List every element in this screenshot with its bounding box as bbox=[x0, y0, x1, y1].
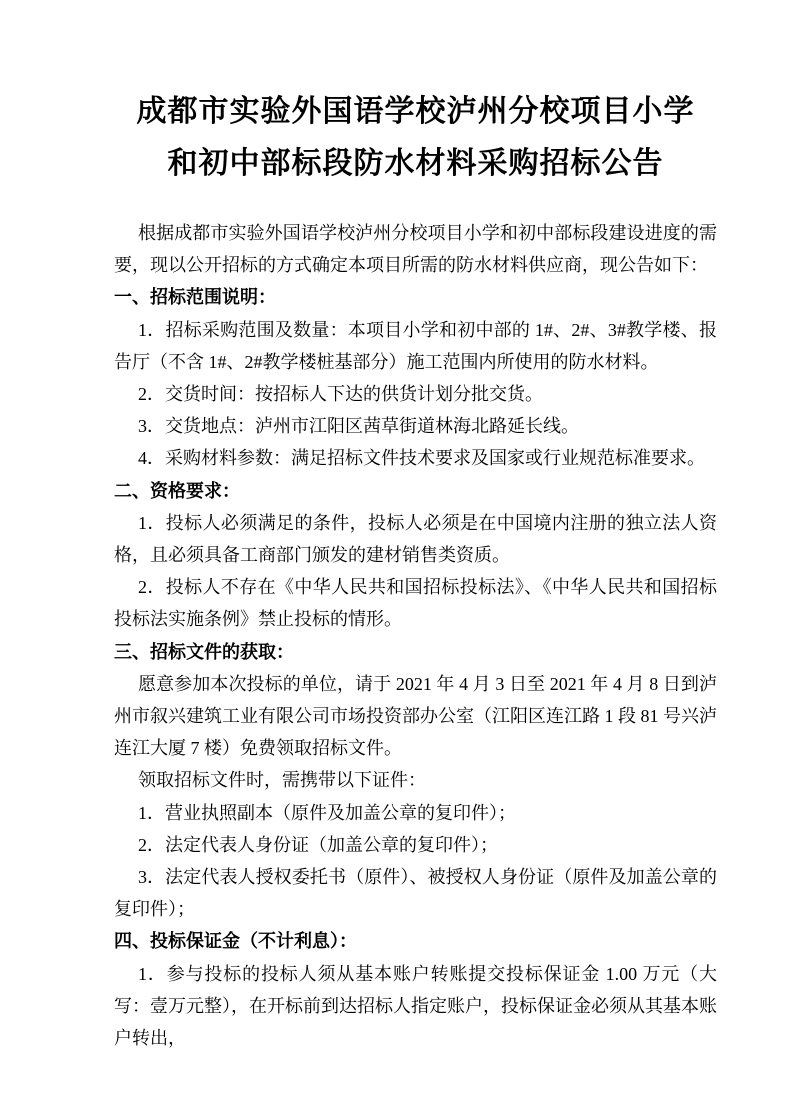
section-1-item-4: 4．采购材料参数：满足招标文件技术要求及国家或行业规范标准要求。 bbox=[114, 442, 717, 474]
intro-paragraph: 根据成都市实验外国语学校泸州分校项目小学和初中部标段建设进度的需要，现以公开招标… bbox=[114, 217, 717, 281]
section-1-item-3: 3．交货地点：泸州市江阳区茜草街道林海北路延长线。 bbox=[114, 410, 717, 442]
document-page: 成都市实验外国语学校泸州分校项目小学 和初中部标段防水材料采购招标公告 根据成都… bbox=[0, 0, 794, 1108]
section-2-item-1: 1．投标人必须满足的条件，投标人必须是在中国境内注册的独立法人资格，且必须具备工… bbox=[114, 507, 717, 571]
section-3-item-2: 2．法定代表人身份证（加盖公章的复印件）； bbox=[114, 829, 717, 861]
section-4-item-1: 1．参与投标的投标人须从基本账户转账提交投标保证金 1.00 万元（大写：壹万元… bbox=[114, 958, 717, 1055]
section-3-heading: 三、招标文件的获取： bbox=[114, 636, 717, 668]
section-1-item-1: 1．招标采购范围及数量：本项目小学和初中部的 1#、2#、3#教学楼、报告厅（不… bbox=[114, 314, 717, 378]
title-line-1: 成都市实验外国语学校泸州分校项目小学 bbox=[114, 86, 717, 138]
document-title: 成都市实验外国语学校泸州分校项目小学 和初中部标段防水材料采购招标公告 bbox=[114, 86, 717, 190]
section-3-item-1: 1．营业执照副本（原件及加盖公章的复印件）； bbox=[114, 797, 717, 829]
section-1-heading: 一、招标范围说明： bbox=[114, 281, 717, 313]
section-1-item-2: 2．交货时间：按招标人下达的供货计划分批交货。 bbox=[114, 378, 717, 410]
section-4-heading: 四、投标保证金（不计利息）： bbox=[114, 925, 717, 957]
title-line-2: 和初中部标段防水材料采购招标公告 bbox=[114, 138, 717, 190]
section-2-heading: 二、资格要求： bbox=[114, 475, 717, 507]
section-2-item-2: 2．投标人不存在《中华人民共和国招标投标法》、《中华人民共和国招标投标法实施条例… bbox=[114, 571, 717, 635]
section-3-paragraph-2: 领取招标文件时，需携带以下证件： bbox=[114, 764, 717, 796]
section-3-paragraph-1: 愿意参加本次投标的单位，请于 2021 年 4 月 3 日至 2021 年 4 … bbox=[114, 668, 717, 765]
section-3-item-3: 3．法定代表人授权委托书（原件）、被授权人身份证（原件及加盖公章的复印件）； bbox=[114, 861, 717, 925]
